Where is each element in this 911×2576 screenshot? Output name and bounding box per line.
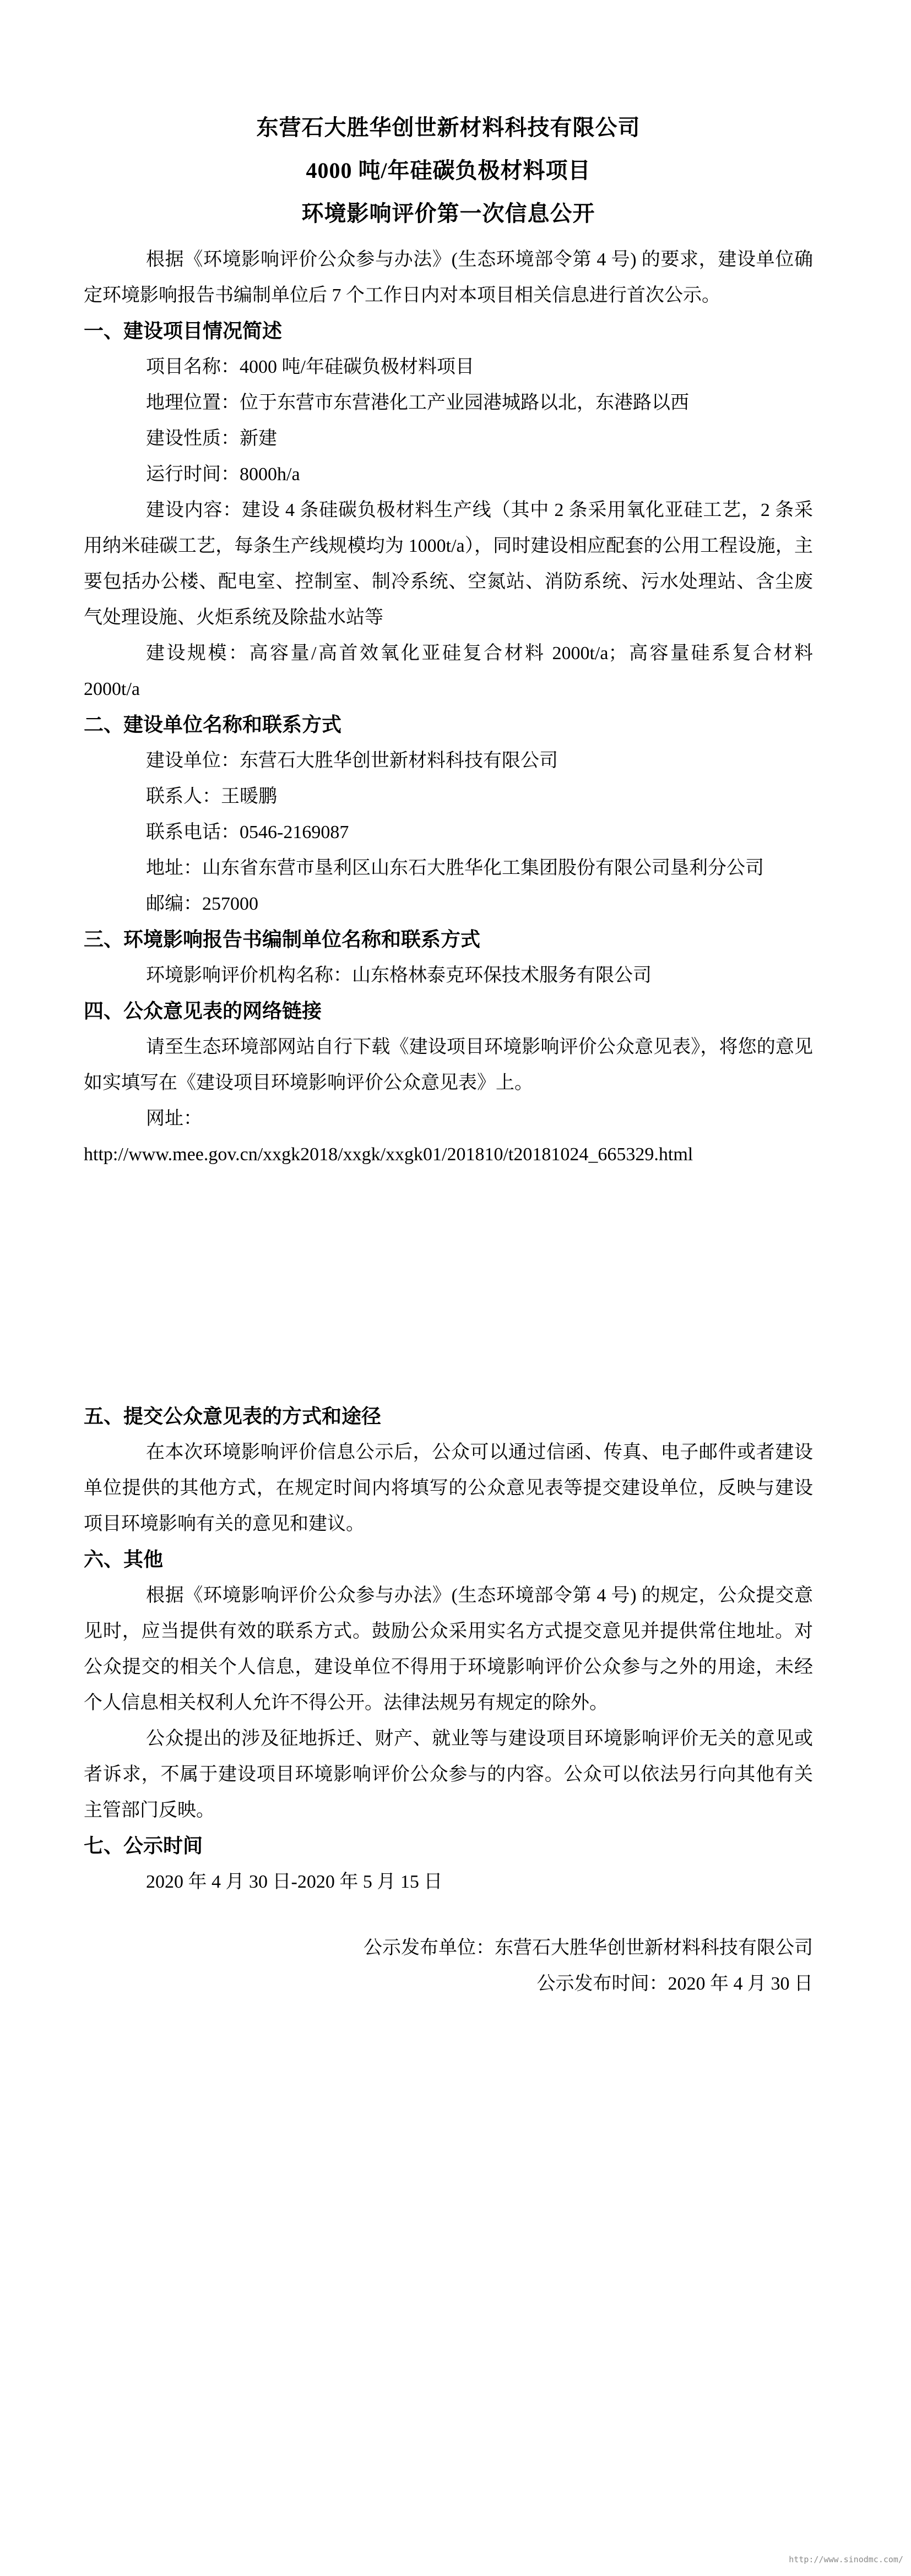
paragraph-submission-methods: 在本次环境影响评价信息公示后，公众可以通过信函、传真、电子邮件或者建设单位提供的… bbox=[84, 1434, 813, 1542]
paragraph-contact-phone: 联系电话：0546-2169087 bbox=[84, 814, 813, 850]
paragraph-mee-url: http://www.mee.gov.cn/xxgk2018/xxgk/xxgk… bbox=[84, 1137, 813, 1172]
document-title-company: 东营石大胜华创世新材料科技有限公司 bbox=[84, 106, 813, 149]
document-title-disclosure: 环境影响评价第一次信息公开 bbox=[84, 192, 813, 235]
section-5-heading: 五、提交公众意见表的方式和途径 bbox=[84, 1399, 813, 1434]
paragraph-eia-agency: 环境影响评价机构名称：山东格林泰克环保技术服务有限公司 bbox=[84, 958, 813, 993]
document-page: 东营石大胜华创世新材料科技有限公司 4000 吨/年硅碳负极材料项目 环境影响评… bbox=[0, 0, 911, 2576]
paragraph-address: 地址：山东省东营市垦利区山东石大胜华化工集团股份有限公司垦利分公司 bbox=[84, 850, 813, 886]
watermark-url: http://www.sinodmc.com/ bbox=[789, 2555, 903, 2564]
section-1-heading: 一、建设项目情况简述 bbox=[84, 313, 813, 349]
section-2-heading: 二、建设单位名称和联系方式 bbox=[84, 707, 813, 743]
footer-block: 公示发布单位：东营石大胜华创世新材料科技有限公司 公示发布时间：2020 年 4… bbox=[84, 1930, 813, 2002]
paragraph-construction-nature: 建设性质：新建 bbox=[84, 421, 813, 456]
document-content: 东营石大胜华创世新材料科技有限公司 4000 吨/年硅碳负极材料项目 环境影响评… bbox=[0, 0, 911, 2002]
section-3-heading: 三、环境影响报告书编制单位名称和联系方式 bbox=[84, 922, 813, 958]
paragraph-construction-content: 建设内容：建设 4 条硅碳负极材料生产线（其中 2 条采用氧化亚硅工艺，2 条采… bbox=[84, 492, 813, 635]
document-title-block: 东营石大胜华创世新材料科技有限公司 4000 吨/年硅碳负极材料项目 环境影响评… bbox=[84, 106, 813, 235]
section-4-heading: 四、公众意见表的网络链接 bbox=[84, 993, 813, 1029]
section-7-heading: 七、公示时间 bbox=[84, 1828, 813, 1864]
paragraph-url-label: 网址： bbox=[84, 1101, 813, 1137]
paragraph-download-instruction: 请至生态环境部网站自行下载《建设项目环境影响评价公众意见表》，将您的意见如实填写… bbox=[84, 1029, 813, 1101]
paragraph-operating-hours: 运行时间：8000h/a bbox=[84, 456, 813, 492]
paragraph-postal-code: 邮编：257000 bbox=[84, 886, 813, 922]
paragraph-construction-unit: 建设单位：东营石大胜华创世新材料科技有限公司 bbox=[84, 743, 813, 779]
paragraph-project-name: 项目名称：4000 吨/年硅碳负极材料项目 bbox=[84, 349, 813, 385]
footer-publish-date: 公示发布时间：2020 年 4 月 30 日 bbox=[84, 1966, 813, 2002]
section-6-heading: 六、其他 bbox=[84, 1542, 813, 1578]
page-break-gap bbox=[84, 1172, 813, 1399]
document-title-project: 4000 吨/年硅碳负极材料项目 bbox=[84, 149, 813, 192]
paragraph-publicity-period: 2020 年 4 月 30 日-2020 年 5 月 15 日 bbox=[84, 1864, 813, 1900]
paragraph-other-rules-1: 根据《环境影响评价公众参与办法》(生态环境部令第 4 号) 的规定，公众提交意见… bbox=[84, 1578, 813, 1721]
intro-paragraph: 根据《环境影响评价公众参与办法》(生态环境部令第 4 号) 的要求，建设单位确定… bbox=[84, 242, 813, 313]
paragraph-construction-scale: 建设规模：高容量/高首效氧化亚硅复合材料 2000t/a；高容量硅系复合材料 2… bbox=[84, 635, 813, 707]
paragraph-contact-person: 联系人：王暖鹏 bbox=[84, 779, 813, 814]
paragraph-location: 地理位置：位于东营市东营港化工产业园港城路以北，东港路以西 bbox=[84, 385, 813, 421]
footer-publisher: 公示发布单位：东营石大胜华创世新材料科技有限公司 bbox=[84, 1930, 813, 1966]
document-body: 根据《环境影响评价公众参与办法》(生态环境部令第 4 号) 的要求，建设单位确定… bbox=[84, 242, 813, 2002]
paragraph-other-rules-2: 公众提出的涉及征地拆迁、财产、就业等与建设项目环境影响评价无关的意见或者诉求，不… bbox=[84, 1721, 813, 1828]
